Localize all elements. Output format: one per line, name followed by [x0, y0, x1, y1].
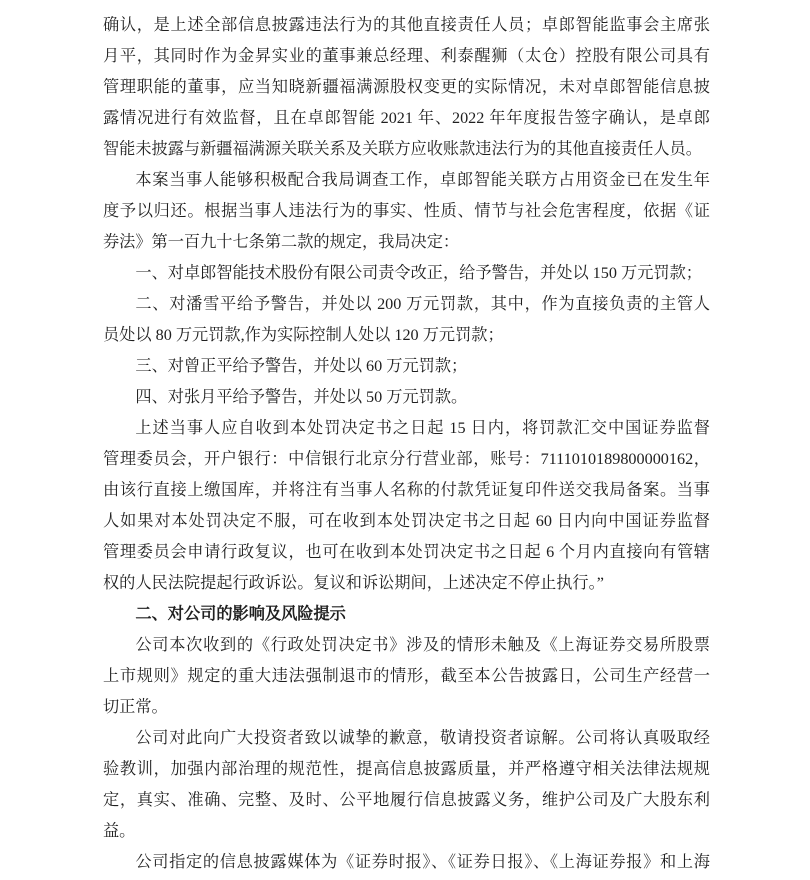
- text-line: 管理职能的董事，应当知晓新疆福满源股权变更的实际情况，未对卓郎智能信息披: [103, 72, 710, 103]
- text-line: 三、对曾正平给予警告，并处以 60 万元罚款；: [103, 351, 710, 382]
- text-line: 上市规则》规定的重大违法强制退市的情形，截至本公告披露日，公司生产经营一: [103, 661, 710, 692]
- text-line: 益。: [103, 816, 710, 847]
- text-line: 员处以 80 万元罚款,作为实际控制人处以 120 万元罚款；: [103, 320, 710, 351]
- text-line: 券法》第一百九十七条第二款的规定，我局决定：: [103, 227, 710, 258]
- section-heading: 二、对公司的影响及风险提示: [103, 599, 710, 630]
- text-line: 权的人民法院提起行政诉讼。复议和诉讼期间，上述决定不停止执行。”: [103, 568, 710, 599]
- text-line: 确认，是上述全部信息披露违法行为的其他直接责任人员；卓郎智能监事会主席张: [103, 10, 710, 41]
- text-line: 由该行直接上缴国库，并将注有当事人名称的付款凭证复印件送交我局备案。当事: [103, 475, 710, 506]
- text-line: 公司指定的信息披露媒体为《证券时报》、《证券日报》、《上海证券报》和上海: [103, 847, 710, 878]
- text-line: 人如果对本处罚决定不服，可在收到本处罚决定书之日起 60 日内向中国证券监督: [103, 506, 710, 537]
- text-line: 定，真实、准确、完整、及时、公平地履行信息披露义务，维护公司及广大股东利: [103, 785, 710, 816]
- document-page: 确认，是上述全部信息披露违法行为的其他直接责任人员；卓郎智能监事会主席张月平，其…: [0, 0, 810, 880]
- text-line: 本案当事人能够积极配合我局调查工作，卓郎智能关联方占用资金已在发生年: [103, 165, 710, 196]
- text-line: 切正常。: [103, 692, 710, 723]
- text-line: 度予以归还。根据当事人违法行为的事实、性质、情节与社会危害程度，依据《证: [103, 196, 710, 227]
- text-line: 四、对张月平给予警告，并处以 50 万元罚款。: [103, 382, 710, 413]
- text-line: 一、对卓郎智能技术股份有限公司责令改正，给予警告，并处以 150 万元罚款；: [103, 258, 710, 289]
- text-line: 验教训，加强内部治理的规范性，提高信息披露质量，并严格遵守相关法律法规规: [103, 754, 710, 785]
- text-line: 管理委员会，开户银行：中信银行北京分行营业部，账号：71110101898000…: [103, 444, 710, 475]
- text-line: 公司对此向广大投资者致以诚挚的歉意，敬请投资者谅解。公司将认真吸取经: [103, 723, 710, 754]
- document-text-block: 确认，是上述全部信息披露违法行为的其他直接责任人员；卓郎智能监事会主席张月平，其…: [103, 10, 710, 878]
- text-line: 智能未披露与新疆福满源关联关系及关联方应收账款违法行为的其他直接责任人员。: [103, 134, 710, 165]
- text-line: 公司本次收到的《行政处罚决定书》涉及的情形未触及《上海证券交易所股票: [103, 630, 710, 661]
- text-line: 露情况进行有效监督，且在卓郎智能 2021 年、2022 年年度报告签字确认，是…: [103, 103, 710, 134]
- text-line: 二、对潘雪平给予警告，并处以 200 万元罚款，其中，作为直接负责的主管人: [103, 289, 710, 320]
- text-line: 上述当事人应自收到本处罚决定书之日起 15 日内，将罚款汇交中国证券监督: [103, 413, 710, 444]
- text-line: 月平，其同时作为金昇实业的董事兼总经理、利泰醒狮（太仓）控股有限公司具有: [103, 41, 710, 72]
- text-line: 管理委员会申请行政复议，也可在收到本处罚决定书之日起 6 个月内直接向有管辖: [103, 537, 710, 568]
